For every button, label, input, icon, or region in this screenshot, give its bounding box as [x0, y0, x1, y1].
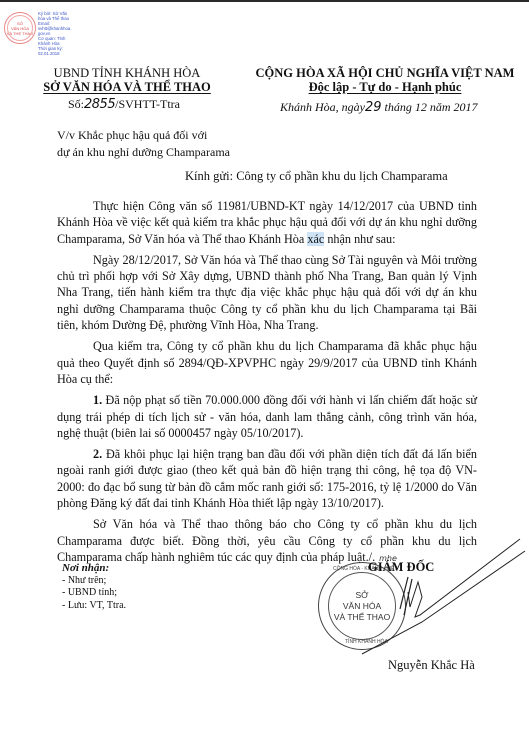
item-text: Đã khôi phục lại hiện trạng ban đầu đối … [57, 447, 477, 510]
date-prefix: Khánh Hòa, ngày [280, 100, 365, 114]
esign-stamp-line: VĂN HÓA [11, 26, 29, 31]
paragraph-text: Thực hiện Công văn số 11981/UBND-KT ngày… [57, 199, 477, 246]
parent-org: UBND TỈNH KHÁNH HÒA [42, 66, 212, 80]
esign-stamp-line: VÀ THỂ THAO [7, 31, 34, 36]
esign-stamp-line: SỞ [17, 21, 23, 26]
doc-number-handwritten: 2855 [84, 97, 115, 112]
paragraph-text: nhận như sau: [324, 232, 395, 246]
addressee: Kính gửi: Công ty cổ phần khu du lịch Ch… [185, 169, 448, 184]
recipient-item: - Như trên; [62, 575, 126, 588]
list-item: 1. Đã nộp phạt số tiền 70.000.000 đồng đ… [57, 392, 477, 441]
recipient-item: - Lưu: VT, Ttra. [62, 600, 126, 613]
doc-number-suffix: /SVHTT-Ttra [115, 97, 180, 111]
national-motto: Độc lập - Tự do - Hạnh phúc [255, 80, 515, 95]
date-suffix: tháng 12 năm 2017 [382, 100, 478, 114]
document-number: Số:2855/SVHTT-Ttra [68, 97, 180, 112]
date-day-handwritten: 29 [365, 100, 382, 115]
handwritten-signature-icon [360, 537, 529, 662]
doc-number-prefix: Số: [68, 97, 84, 111]
national-header: CỘNG HÒA XÃ HỘI CHỦ NGHĨA VIỆT NAM Độc l… [255, 66, 515, 95]
subject-line: V/v Khắc phục hậu quả đối với [57, 127, 277, 144]
signer-name: Nguyễn Khắc Hà [388, 658, 475, 673]
nation-title: CỘNG HÒA XÃ HỘI CHỦ NGHĨA VIỆT NAM [255, 66, 515, 80]
paragraph: Ngày 28/12/2017, Sở Văn hóa và Thể thao … [57, 252, 477, 333]
recipient-item: - UBND tỉnh; [62, 587, 126, 600]
esign-stamp: SỞ VĂN HÓA VÀ THỂ THAO [4, 12, 36, 44]
list-item: 2. Đã khôi phục lại hiện trạng ban đầu đ… [57, 446, 477, 511]
subject: V/v Khắc phục hậu quả đối với dự án khu … [57, 127, 277, 161]
item-number: 1. [93, 393, 102, 407]
esign-info-line: 02.01.2018 [38, 51, 88, 56]
issuing-org: UBND TỈNH KHÁNH HÒA SỞ VĂN HÓA VÀ THỂ TH… [42, 66, 212, 95]
subject-line: dự án khu nghỉ dưỡng Champarama [57, 144, 277, 161]
esign-info: Ký bởi: Sở Văn hóa và Thể thao Email: sv… [38, 11, 88, 56]
paragraph: Qua kiểm tra, Công ty cổ phần khu du lịc… [57, 338, 477, 387]
recipients-heading: Nơi nhận: [62, 562, 126, 575]
selected-text[interactable]: xác [307, 232, 324, 246]
paragraph: Thực hiện Công văn số 11981/UBND-KT ngày… [57, 198, 477, 247]
item-text: Đã nộp phạt số tiền 70.000.000 đồng đối … [57, 393, 477, 440]
letter-body: Thực hiện Công văn số 11981/UBND-KT ngày… [57, 198, 477, 572]
org-name: SỞ VĂN HÓA VÀ THỂ THAO [42, 80, 212, 95]
item-number: 2. [93, 447, 102, 461]
date-line: Khánh Hòa, ngày29 tháng 12 năm 2017 [280, 100, 478, 115]
recipients-list: Nơi nhận: - Như trên; - UBND tỉnh; - Lưu… [62, 562, 126, 612]
